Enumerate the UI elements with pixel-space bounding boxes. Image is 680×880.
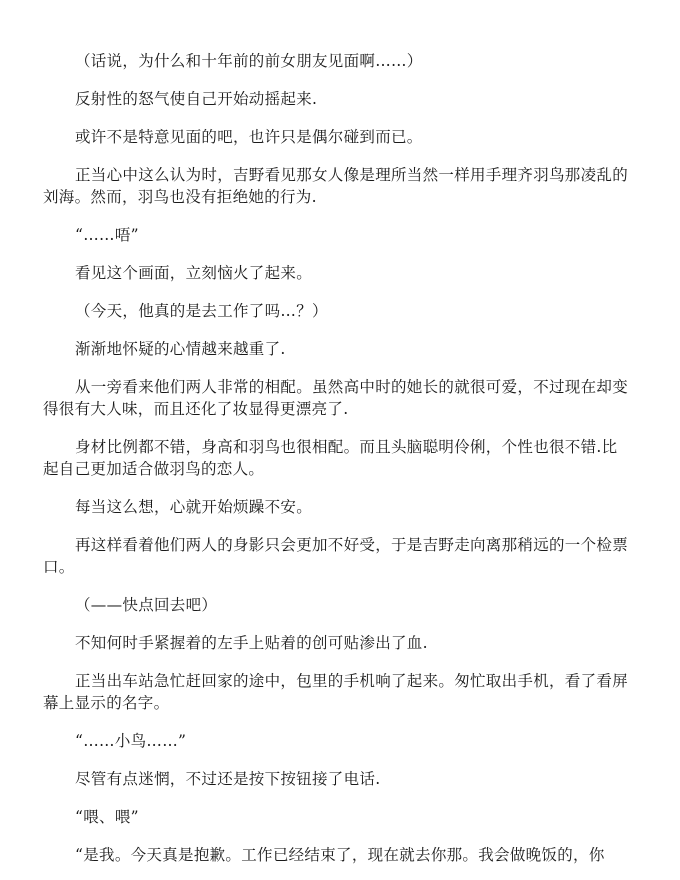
paragraph-4: 正当心中这么认为时，吉野看见那女人像是理所当然一样用手理齐羽鸟那凌乱的刘海。然而… [43, 164, 633, 208]
paragraph-13: （——快点回去吧） [43, 594, 633, 616]
paragraph-14: 不知何时手紧握着的左手上贴着的创可贴渗出了血. [43, 632, 633, 654]
paragraph-10: 身材比例都不错，身高和羽鸟也很相配。而且头脑聪明伶俐，个性也很不错.比起自己更加… [43, 436, 633, 480]
paragraph-1: （话说，为什么和十年前的前女朋友见面啊……） [43, 50, 633, 72]
document-page: （话说，为什么和十年前的前女朋友见面啊……） 反射性的怒气使自己开始动摇起来. … [43, 50, 633, 880]
paragraph-7: （今天，他真的是去工作了吗…？） [43, 300, 633, 322]
paragraph-6: 看见这个画面，立刻恼火了起来。 [43, 262, 633, 284]
paragraph-16: “……小鸟……” [43, 730, 633, 752]
paragraph-11: 每当这么想，心就开始烦躁不安。 [43, 496, 633, 518]
paragraph-15: 正当出车站急忙赶回家的途中，包里的手机响了起来。匆忙取出手机，看了看屏幕上显示的… [43, 670, 633, 714]
paragraph-19: “是我。今天真是抱歉。工作已经结束了，现在就去你那。我会做晚饭的，你 [43, 844, 633, 866]
paragraph-2: 反射性的怒气使自己开始动摇起来. [43, 88, 633, 110]
paragraph-3: 或许不是特意见面的吧，也许只是偶尔碰到而已。 [43, 126, 633, 148]
paragraph-12: 再这样看着他们两人的身影只会更加不好受，于是吉野走向离那稍远的一个检票口。 [43, 534, 633, 578]
paragraph-17: 尽管有点迷惘，不过还是按下按钮接了电话. [43, 768, 633, 790]
paragraph-8: 渐渐地怀疑的心情越来越重了. [43, 338, 633, 360]
paragraph-5: “……唔” [43, 224, 633, 246]
paragraph-18: “喂、喂” [43, 806, 633, 828]
paragraph-9: 从一旁看来他们两人非常的相配。虽然高中时的她长的就很可爱，不过现在却变得很有大人… [43, 376, 633, 420]
